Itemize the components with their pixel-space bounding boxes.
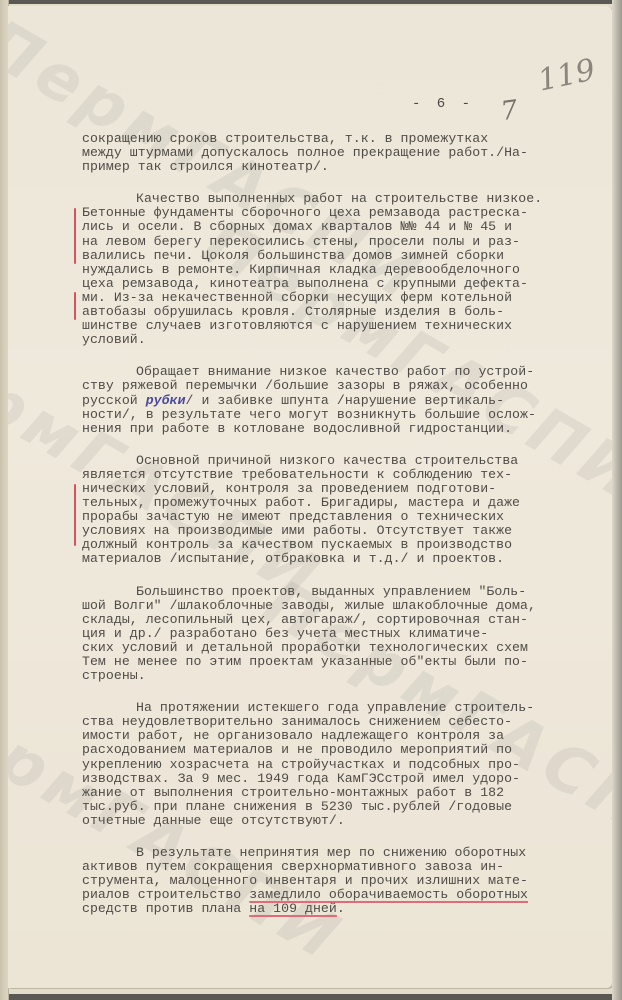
text-line: жание от выполнения строительно-монтажны… <box>82 786 592 800</box>
paragraph-1: сокращению сроков строительства, т.к. в … <box>82 132 592 174</box>
text-line: автобазы обрушилась кровля. Столярные из… <box>82 305 592 319</box>
text-line: В результате непринятия мер по снижению … <box>82 846 592 860</box>
text-line: шой Волги" /шлакоблочные заводы, жилые ш… <box>82 599 592 613</box>
handwritten-correction: рубки <box>146 393 186 408</box>
paragraph-7: В результате непринятия мер по снижению … <box>82 846 592 916</box>
text-fragment: риалов строительство <box>82 887 249 902</box>
text-line: ства неудовлетворительно занималось сниж… <box>82 715 592 729</box>
text-line: условий. <box>82 333 592 347</box>
red-underlined-text: замедлило оборачиваемость оборотных <box>249 887 528 902</box>
text-line: активов путем сокращения сверхнормативно… <box>82 860 592 874</box>
text-line: тельных, промежуточных работ. Бригадиры,… <box>82 496 592 510</box>
text-line: Обращает внимание низкое качество работ … <box>82 365 592 379</box>
text-line: на левом берегу перекосились стены, прос… <box>82 235 592 249</box>
text-line: русской рубки/ и забивке шпунта /нарушен… <box>82 394 592 408</box>
text-line: ству ряжевой перемычки /большие зазоры в… <box>82 379 592 393</box>
red-margin-mark <box>74 208 76 264</box>
text-line: прорабы зачастую не имеют представления … <box>82 510 592 524</box>
text-line: сокращению сроков строительства, т.к. в … <box>82 132 592 146</box>
paragraph-5: Большинство проектов, выданных управлени… <box>82 585 592 684</box>
text-line: лись и осели. В сборных домах кварталов … <box>82 220 592 234</box>
text-line: нуждались в ремонте. Кирпичная кладка де… <box>82 263 592 277</box>
text-line: расходованием материалов и не проводило … <box>82 743 592 757</box>
text-fragment: русской <box>82 393 146 408</box>
text-line: Тем не менее по этим проектам указанные … <box>82 655 592 669</box>
text-line: пример так строился кинотеатр/. <box>82 160 592 174</box>
text-line: средств против плана на 109 дней. <box>82 902 592 916</box>
page-number: - 6 - <box>412 96 474 112</box>
text-fragment: . <box>337 901 345 916</box>
text-line: материалов /испытание, отбраковка и т.д.… <box>82 552 592 566</box>
paragraph-6: На протяжении истекшего года управление … <box>82 701 592 828</box>
text-line: тыс.руб. при плане снижения в 5230 тыс.р… <box>82 800 592 814</box>
text-line: изводствах. За 9 мес. 1949 года КамГЭСст… <box>82 772 592 786</box>
red-margin-mark <box>74 292 76 320</box>
handwritten-sheet-number: 119 <box>535 52 598 98</box>
text-fragment: средств против плана <box>82 901 249 916</box>
text-line: имости работ, не организовало надлежащег… <box>82 729 592 743</box>
paragraph-3: Обращает внимание низкое качество работ … <box>82 365 592 435</box>
text-line: является отсутствие требовательности к с… <box>82 468 592 482</box>
text-line: отчетные данные еще отсутствуют/. <box>82 814 592 828</box>
text-line: нения при работе в котловане водосливной… <box>82 422 592 436</box>
text-line: ских условий и детальной проработки техн… <box>82 641 592 655</box>
text-line: укреплению хозрасчета на стройучастках и… <box>82 758 592 772</box>
text-line: склады, лесопильный цех, автогараж/, сор… <box>82 613 592 627</box>
text-line: между штурмами допускалось полное прекра… <box>82 146 592 160</box>
text-line: Большинство проектов, выданных управлени… <box>82 585 592 599</box>
text-line: ми. Из-за некачественной сборки несущих … <box>82 291 592 305</box>
text-line: цеха ремзавода, кинотеатра выполнена с к… <box>82 277 592 291</box>
text-line: условиях на производимые ими работы. Отс… <box>82 524 592 538</box>
text-line: нических условий, контроля за проведение… <box>82 482 592 496</box>
text-line: риалов строительство замедлило оборачива… <box>82 888 592 902</box>
text-line: шинстве случаев изготовляются с нарушени… <box>82 319 592 333</box>
page-header: - 6 - 7 119 <box>8 88 612 128</box>
text-fragment: / и забивке шпунта /нарушение вертикаль- <box>186 393 505 408</box>
paragraph-2: Качество выполненных работ на строительс… <box>82 192 592 347</box>
paragraph-4: Основной причиной низкого качества строи… <box>82 454 592 567</box>
text-line: ности/, в результате чего могут возникну… <box>82 408 592 422</box>
handwritten-page-number: 7 <box>499 95 520 127</box>
text-line: должный контроль за качеством пускаемых … <box>82 538 592 552</box>
text-line: Основной причиной низкого качества строи… <box>82 454 592 468</box>
text-line: Бетонные фундаменты сборочного цеха ремз… <box>82 206 592 220</box>
text-line: Качество выполненных работ на строительс… <box>82 192 592 206</box>
document-body: сокращению сроков строительства, т.к. в … <box>82 132 592 935</box>
text-line: валились печи. Цоколя большинства домов … <box>82 249 592 263</box>
text-line: На протяжении истекшего года управление … <box>82 701 592 715</box>
text-line: ция и др./ разработано без учета местных… <box>82 627 592 641</box>
document-page: ПермГАСПИ ПермГАСПИ ПермГАСПИ ПермГАСПИ … <box>8 6 612 988</box>
page-stack-edge <box>612 0 622 1000</box>
text-line: строены. <box>82 669 592 683</box>
red-underlined-text: на 109 дней <box>249 901 337 917</box>
text-line: струмента, малоценного инвентаря и прочи… <box>82 874 592 888</box>
red-margin-mark <box>74 484 76 546</box>
